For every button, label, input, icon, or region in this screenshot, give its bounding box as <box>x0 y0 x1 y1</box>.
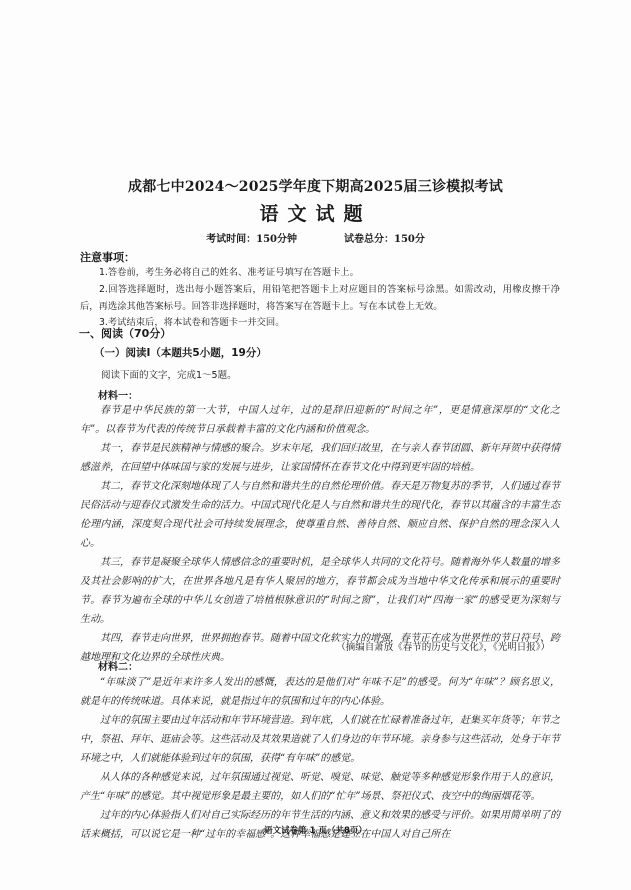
paragraph: 其三，春节是凝聚全球华人情感信念的重要时机，是全球华人共同的文化符号。随着海外华… <box>80 553 560 629</box>
notice-list: 1.答卷前，考生务必将自己的姓名、准考证号填写在答题卡上。 2.回答选择题时，选… <box>80 265 560 332</box>
exam-total-score: 试卷总分：150分 <box>344 234 425 245</box>
material-two-body: “年味淡了”是近年来许多人发出的感慨，表达的是他们对“年味不足”的感受。何为“年… <box>80 673 560 844</box>
material-two-label: 材料二： <box>98 658 138 673</box>
reading-instruction: 阅读下面的文字，完成1～5题。 <box>101 367 237 381</box>
material-one-label: 材料一： <box>98 387 138 402</box>
exam-title: 成都七中2024～2025学年度下期高2025届三诊模拟考试 <box>0 176 631 196</box>
paragraph: 其一，春节是民族精神与情感的聚合。岁末年尾，我们回归故里，在与亲人春节团圆、新年… <box>80 439 560 477</box>
subsection-heading: （一）阅读Ⅰ（本题共5小题，19分） <box>94 345 267 360</box>
notice-item: 1.答卷前，考生务必将自己的姓名、准考证号填写在答题卡上。 <box>80 265 560 282</box>
material-one-body: 春节是中华民族的第一大节，中国人过年，过的是辞旧迎新的“时间之年”，更是情意深厚… <box>80 401 560 667</box>
paragraph: 其二，春节文化深刻地体现了人与自然和谐共生的自然伦理价值。春天是万物复苏的季节，… <box>80 477 560 553</box>
paragraph: “年味淡了”是近年来许多人发出的感慨，表达的是他们对“年味不足”的感受。何为“年… <box>80 673 560 711</box>
paragraph: 从人体的各种感觉来说，过年氛围通过视觉、听觉、嗅觉、味觉、触觉等多种感觉形象作用… <box>80 768 560 806</box>
exam-time: 考试时间：150分钟 <box>206 234 297 245</box>
exam-meta: 考试时间：150分钟 试卷总分：150分 <box>0 230 631 245</box>
paragraph: 过年的氛围主要由过年活动和年节环境营造。到年底，人们就在忙碌着准备过年，赶集买年… <box>80 711 560 768</box>
notice-heading: 注意事项： <box>80 249 135 265</box>
page-footer: 语文试卷第 1 页（共8页） <box>0 824 631 836</box>
paragraph: 春节是中华民族的第一大节，中国人过年，过的是辞旧迎新的“时间之年”，更是情意深厚… <box>80 401 560 439</box>
exam-page: 成都七中2024～2025学年度下期高2025届三诊模拟考试 语文试题 考试时间… <box>0 0 631 890</box>
section-heading: 一、阅读（70分） <box>79 325 171 341</box>
notice-item: 2.回答选择题时，选出每小题答案后，用铅笔把答题卡上对应题目的答案标号涂黑。如需… <box>80 282 560 316</box>
material-one-source: （摘编自萧放《春节的历史与文化》，《光明日报》） <box>336 639 550 653</box>
subject-title: 语文试题 <box>0 199 631 226</box>
